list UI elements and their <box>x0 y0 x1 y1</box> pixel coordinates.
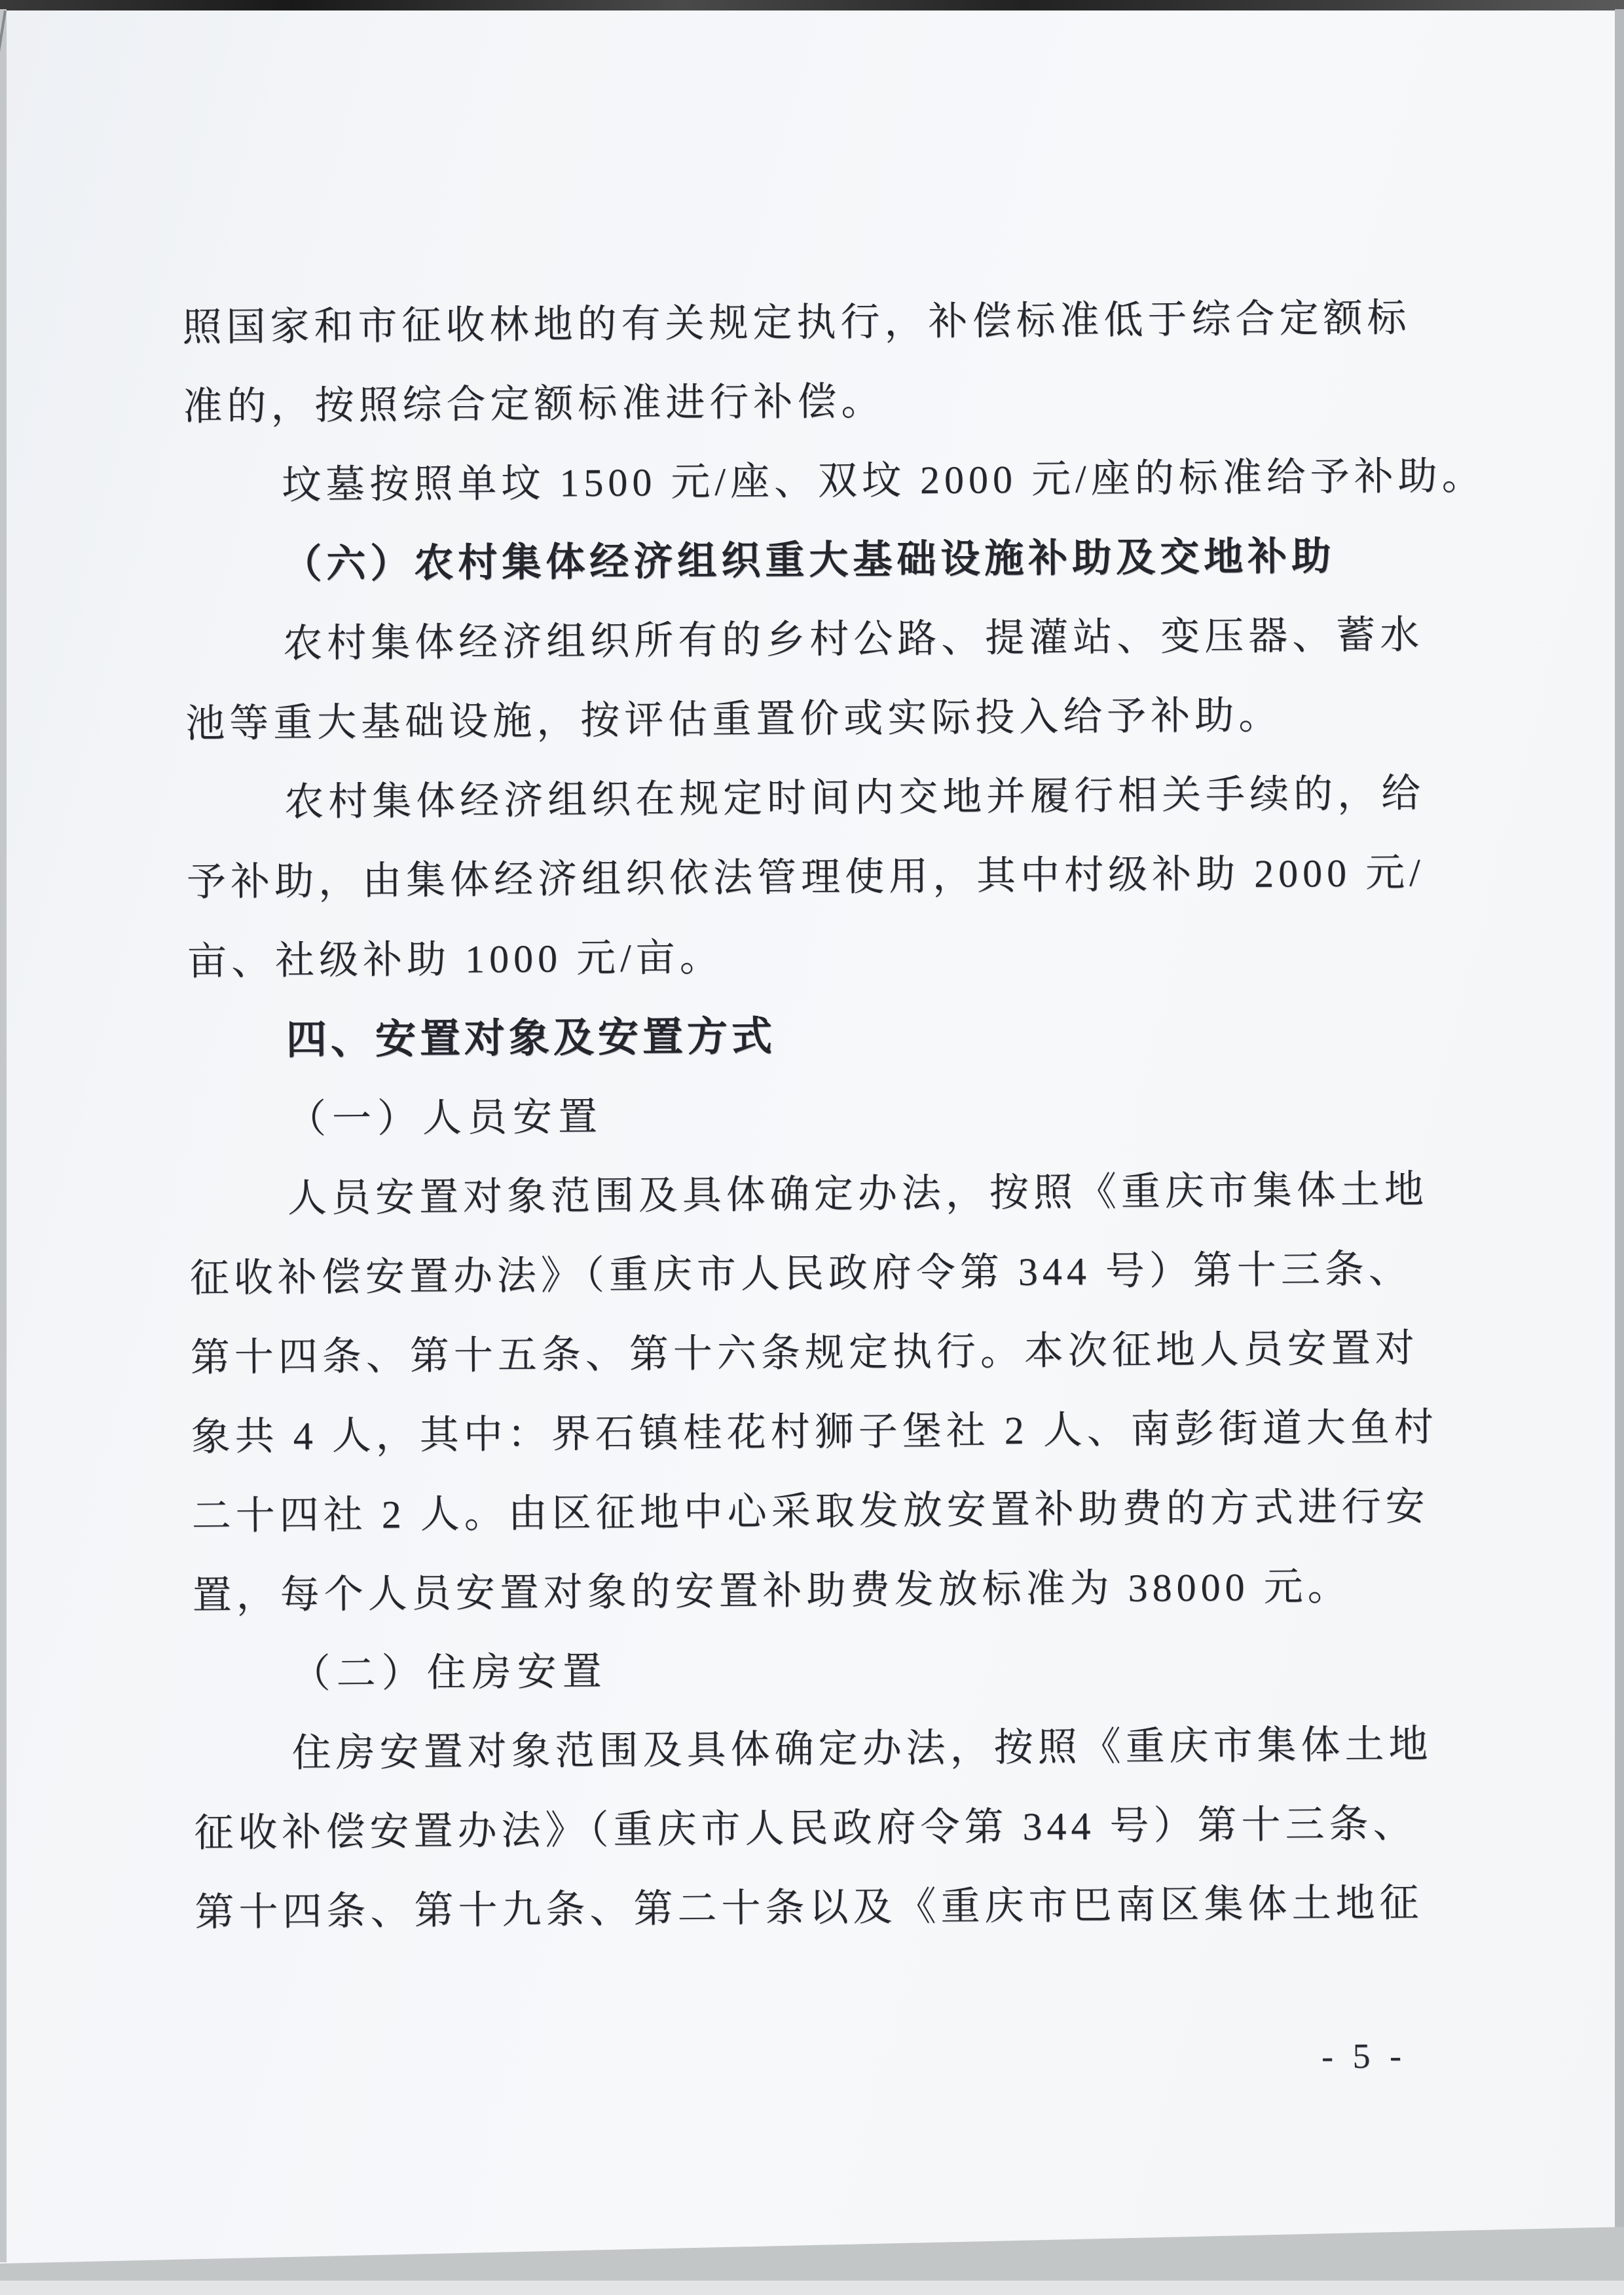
text-line: 亩、社级补助 1000 元/亩。 <box>187 912 1452 1001</box>
scan-bottom-strip <box>0 2281 1624 2295</box>
text-line: 坟墓按照单坟 1500 元/座、双坟 2000 元/座的标准给予补助。 <box>183 437 1448 526</box>
scan-top-edge <box>0 0 1624 10</box>
text-line: 二十四社 2 人。由区征地中心采取发放安置补助费的方式进行安 <box>191 1467 1456 1556</box>
text-line: 池等重大基础设施，按评估重置价或实际投入给予补助。 <box>185 675 1450 764</box>
section-heading-six: （六）农村集体经济组织重大基础设施补助及交地补助 <box>184 516 1449 605</box>
sub-heading-one: （一）人员安置 <box>189 1071 1453 1160</box>
text-line: 准的，按照综合定额标准进行补偿。 <box>183 358 1447 447</box>
text-line: 照国家和市征收林地的有关规定执行，补偿标准低于综合定额标 <box>182 278 1447 367</box>
page-number: - 5 - <box>1321 2036 1407 2077</box>
scanned-document-page: 照国家和市征收林地的有关规定执行，补偿标准低于综合定额标 准的，按照综合定额标准… <box>0 0 1624 2295</box>
text-line: 征收补偿安置办法》（重庆市人民政府令第 344 号）第十三条、 <box>194 1784 1458 1873</box>
text-line: 住房安置对象范围及具体确定办法，按照《重庆市集体土地 <box>193 1705 1458 1794</box>
sub-heading-two: （二）住房安置 <box>193 1626 1457 1715</box>
text-line: 征收补偿安置办法》（重庆市人民政府令第 344 号）第十三条、 <box>189 1229 1454 1318</box>
chapter-heading-four: 四、安置对象及安置方式 <box>188 992 1452 1081</box>
scan-left-edge <box>0 9 7 2262</box>
scan-right-edge <box>1615 9 1624 2236</box>
text-line: 置，每个人员安置对象的安置补助费发放标准为 38000 元。 <box>192 1546 1456 1635</box>
text-line: 第十四条、第十九条、第二十条以及《重庆市巴南区集体土地征 <box>194 1863 1459 1952</box>
text-line: 农村集体经济组织在规定时间内交地并履行相关手续的，给 <box>186 754 1450 843</box>
text-line: 象共 4 人，其中：界石镇桂花村狮子堡社 2 人、南彭街道大鱼村 <box>191 1388 1455 1477</box>
text-line: 人员安置对象范围及具体确定办法，按照《重庆市集体土地 <box>189 1150 1453 1239</box>
document-body: 照国家和市征收林地的有关规定执行，补偿标准低于综合定额标 准的，按照综合定额标准… <box>182 278 1459 1952</box>
text-line: 予补助，由集体经济组织依法管理使用，其中村级补助 2000 元/ <box>187 833 1451 922</box>
text-line: 第十四条、第十五条、第十六条规定执行。本次征地人员安置对 <box>190 1309 1454 1398</box>
text-line: 农村集体经济组织所有的乡村公路、提灌站、变压器、蓄水 <box>185 595 1449 684</box>
